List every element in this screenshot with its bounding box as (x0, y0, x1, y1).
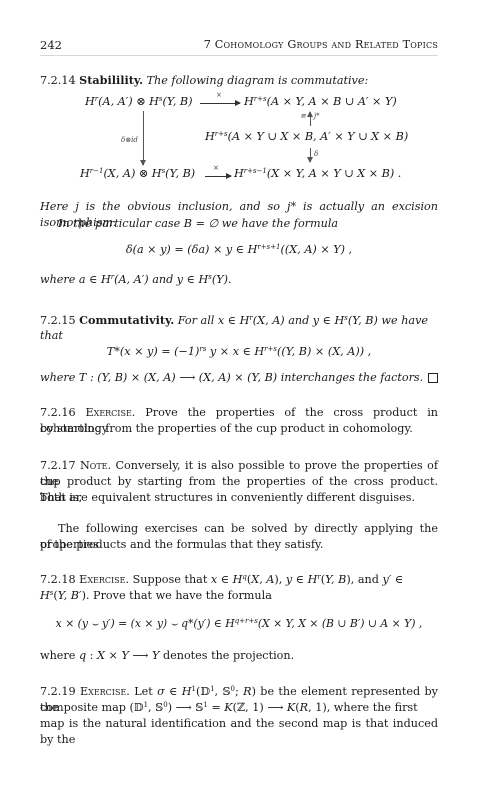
section-kind: Exercise. (85, 406, 135, 419)
diagram-bottom-right: Hr+s−1(X × Y, A × Y ∪ X × B) . (234, 167, 401, 180)
section-7-2-15-heading: 7.2.15 Commutativity. For all x ∈ Hr(X, … (40, 312, 438, 329)
section-number: 7.2.17 (40, 459, 76, 472)
exercise-text-cont: by starting from the properties of the c… (40, 421, 438, 437)
cross-cup-formula: x × (y ⌣ y′) = (x × y) ⌣ q*(y′) ∈ Hq+r+s… (40, 617, 438, 631)
commutativity-text-cont: that (40, 328, 438, 344)
note-text-line3: both are equivalent structures in conven… (40, 490, 438, 506)
page-number: 242 (40, 38, 62, 52)
commutativity-text: For all x ∈ Hr(X, A) and y ∈ Hs(Y, B) we… (178, 314, 428, 327)
commutativity-where-text: where T : (Y, B) × (X, A) ⟶ (X, A) × (Y,… (40, 370, 438, 386)
header-rule (40, 55, 438, 56)
exercise-text-cont: Hs(Y, B′). Prove that we have the formul… (40, 588, 438, 604)
j-star-label: j* (314, 112, 320, 120)
delta-label: δ (314, 150, 318, 158)
diagram-middle-right: Hr+s(A × Y ∪ X × B, A′ × Y ∪ X × B) (205, 130, 408, 143)
stability-formula: δ(a × y) = (δa) × y ∈ Hr+s+1((X, A) × Y)… (40, 243, 438, 256)
projection-where-text: where q : X × Y ⟶ Y denotes the projecti… (40, 648, 438, 664)
excision-up-arrow (310, 112, 311, 126)
stability-where-text: where a ∈ Hr(A, A′) and y ∈ Hs(Y). (40, 272, 438, 288)
exercise-text: Suppose that x ∈ Hq(X, A), y ∈ Hr(Y, B),… (133, 573, 404, 586)
delta-tensor-id-label: δ⊗id (121, 136, 138, 144)
exercise-text-line3: map is the natural identification and th… (40, 716, 438, 748)
delta-down-arrow (310, 148, 311, 162)
following-exercises-line2: of the products and the formulas that th… (40, 537, 438, 553)
exercise-text-line2: composite map (𝔻1, 𝕊0) ⟶ 𝕊1 = K(ℤ, 1) ⟶ … (40, 700, 438, 716)
cross-product-arrow-top (200, 103, 240, 104)
section-number: 7.2.18 (40, 573, 76, 586)
section-number: 7.2.14 (40, 74, 76, 87)
diagram-bottom-left: Hr−1(X, A) ⊗ Hs(Y, B) (80, 167, 195, 180)
section-7-2-18: 7.2.18 Exercise. Suppose that x ∈ Hq(X, … (40, 572, 438, 588)
arrow-label-cross: × (216, 91, 222, 99)
section-kind: Exercise. (80, 685, 130, 698)
commutativity-formula: T*(x × y) = (−1)rs y × x ∈ Hr+s((Y, B) ×… (40, 345, 438, 358)
iso-label: ≅ (300, 112, 306, 120)
left-vertical-arrow (143, 111, 144, 165)
particular-case-text: In the particular case B = ∅ we have the… (40, 216, 438, 232)
qed-square-icon (428, 373, 438, 383)
section-number: 7.2.16 (40, 406, 76, 419)
arrow-label-cross-bottom: × (213, 164, 219, 172)
diagram-top-right: Hr+s(A × Y, A × B ∪ A′ × Y) (244, 95, 397, 108)
section-number: 7.2.15 (40, 314, 76, 327)
section-7-2-14-heading: 7.2.14 Stabilility. The following diagra… (40, 72, 438, 89)
commutative-diagram: Hr(A, A′) ⊗ Hs(Y, B) × Hr+s(A × Y, A × B… (40, 95, 438, 195)
chapter-title: 7 Cohomology Groups and Related Topics (204, 38, 438, 51)
diagram-top-left: Hr(A, A′) ⊗ Hs(Y, B) (85, 95, 193, 108)
section-intro: The following diagram is commutative: (147, 74, 369, 87)
section-title: Stabilility. (79, 73, 143, 87)
document-page: 242 7 Cohomology Groups and Related Topi… (40, 0, 438, 800)
section-number: 7.2.19 (40, 685, 76, 698)
section-kind: Note. (80, 459, 111, 472)
section-title: Commutativity. (79, 313, 174, 327)
cross-product-arrow-bottom (205, 176, 231, 177)
section-kind: Exercise. (79, 573, 129, 586)
